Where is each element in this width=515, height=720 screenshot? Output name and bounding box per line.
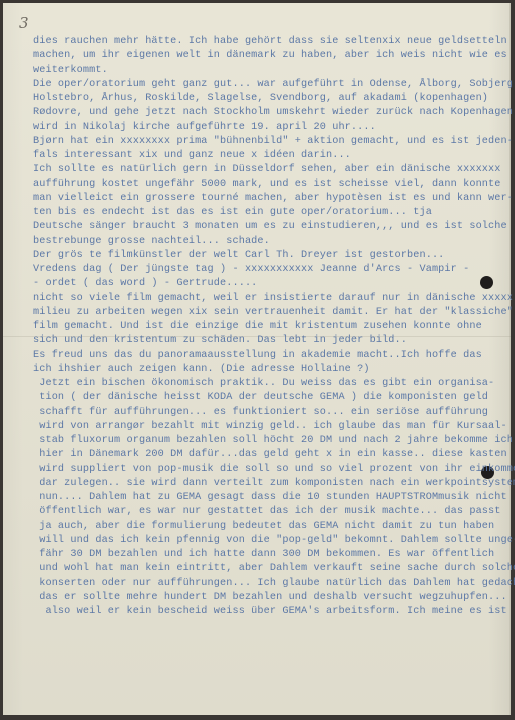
text-line: ten bis es endecht ist das es ist ein gu… [33, 206, 508, 220]
text-line: film gemacht. Und ist die einzige die mi… [33, 320, 508, 334]
text-line: dar zulegen.. sie wird dann verteilt zum… [33, 477, 508, 491]
text-line: Bjørn hat ein xxxxxxxx prima "bühnenbild… [33, 135, 508, 149]
text-line: wird in Nikolaj kirche aufgeführte 19. a… [33, 121, 508, 135]
text-line: und wohl hat man kein eintritt, aber Dah… [33, 562, 508, 576]
text-line: öffentlich war, es war nur gestattet das… [33, 505, 508, 519]
text-line: wird suppliert von pop-musik die soll so… [33, 463, 508, 477]
text-line: Es freud uns das du panoramaausstellung … [33, 349, 508, 363]
text-line: wird von arrangør bezahlt mit winzig gel… [33, 420, 508, 434]
text-line: schafft für aufführungen... es funktioni… [33, 406, 508, 420]
text-line: Rødovre, und gehe jetzt nach Stockholm u… [33, 106, 508, 120]
text-line: bestrebunge grosse nachteil... schade. [33, 235, 508, 249]
text-line: Der grös te filmkünstler der welt Carl T… [33, 249, 508, 263]
text-line: hier in Dänemark 200 DM dafür...das geld… [33, 448, 508, 462]
text-line: stab fluxorum organum bezahlen soll höch… [33, 434, 508, 448]
text-line: ich ihshier auch zeigen kann. (Die adres… [33, 363, 508, 377]
text-line: ja auch, aber die formulierung bedeutet … [33, 520, 508, 534]
text-line: nun.... Dahlem hat zu GEMA gesagt dass d… [33, 491, 508, 505]
text-line: Deutsche sänger braucht 3 monaten um es … [33, 220, 508, 234]
page-number: 3 [19, 14, 29, 32]
text-line: Ich sollte es natürlich gern in Düsseldo… [33, 163, 508, 177]
text-line: sich und den kristentum zu schäden. Das … [33, 334, 508, 348]
text-line: machen, um ihr eigenen welt in dänemark … [33, 49, 508, 63]
text-line: Die oper/oratorium geht ganz gut... war … [33, 78, 508, 92]
text-line: fals interessant xix und ganz neue x idé… [33, 149, 508, 163]
text-line: das er sollte mehre hundert DM bezahlen … [33, 591, 508, 605]
text-line: aufführung kostet ungefähr 5000 mark, un… [33, 178, 508, 192]
text-line: weiterkommt. [33, 64, 508, 78]
text-line: Vredens dag ( Der jüngste tag ) - xxxxxx… [33, 263, 508, 277]
text-line: dies rauchen mehr hätte. Ich habe gehört… [33, 35, 508, 49]
text-line: milieu zu arbeiten wegen xix sein vertra… [33, 306, 508, 320]
text-line: tion ( der dänische heisst KODA der deut… [33, 391, 508, 405]
text-line: - ordet ( das word ) - Gertrude..... [33, 277, 508, 291]
text-line: man vielleict ein grossere tourné machen… [33, 192, 508, 206]
text-line: nicht so viele film gemacht, weil er ins… [33, 292, 508, 306]
text-line: fähr 30 DM bezahlen und ich hatte dann 3… [33, 548, 508, 562]
text-line: also weil er kein bescheid weiss über GE… [33, 605, 508, 619]
text-line: konserten oder nur aufführungen... Ich g… [33, 577, 508, 591]
text-line: will und das ich kein pfennig von die "p… [33, 534, 508, 548]
text-line: Jetzt ein bischen ökonomisch praktik.. D… [33, 377, 508, 391]
typewritten-letter-body: dies rauchen mehr hätte. Ich habe gehört… [33, 35, 508, 619]
text-line: Holstebro, Århus, Roskilde, Slagelse, Sv… [33, 92, 508, 106]
